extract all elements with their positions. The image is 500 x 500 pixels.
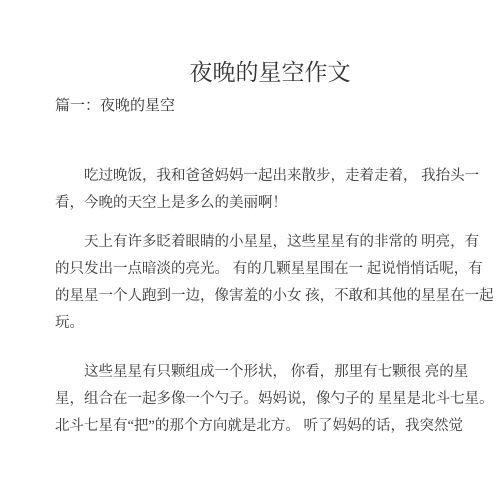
text-line: 玩。 bbox=[55, 310, 488, 337]
paragraph-1: 吃过晚饭，我和爸爸妈妈一起出来散步，走着走着， 我抬头一 看，今晚的天空上是多么… bbox=[55, 163, 488, 217]
text-line: 看，今晚的天空上是多么的美丽啊！ bbox=[55, 190, 488, 217]
paragraph-2: 天上有许多眨着眼睛的小星星，这些星星有的非常的 明亮，有 的只发出一点暗淡的亮光… bbox=[55, 229, 488, 337]
text-line: 吃过晚饭，我和爸爸妈妈一起出来散步，走着走着， 我抬头一 bbox=[55, 163, 488, 190]
section-heading: 篇一：夜晚的星空 bbox=[55, 93, 175, 120]
text-line: 星，组合在一起多像一个勺子。妈妈说，像勺子的 星星是北斗七星。 bbox=[55, 386, 488, 413]
document-page: 夜晚的星空作文 篇一：夜晚的星空 吃过晚饭，我和爸爸妈妈一起出来散步，走着走着，… bbox=[0, 0, 500, 500]
text-line: 天上有许多眨着眼睛的小星星，这些星星有的非常的 明亮，有 bbox=[55, 229, 488, 256]
text-line: 的只发出一点暗淡的亮光。 有的几颗星星围在一 起说悄悄话呢，有 bbox=[55, 256, 488, 283]
text-line: 北斗七星有“把”的那个方向就是北方。 听了妈妈的话，我突然觉 bbox=[55, 413, 488, 440]
text-line: 的星星一个人跑到一边，像害羞的小女 孩，不敢和其他的星星在一起 bbox=[55, 283, 488, 310]
paragraph-3: 这些星星有只颗组成一个形状， 你看，那里有七颗很 亮的星 星，组合在一起多像一个… bbox=[55, 359, 488, 440]
text-line: 这些星星有只颗组成一个形状， 你看，那里有七颗很 亮的星 bbox=[55, 359, 488, 386]
page-title: 夜晚的星空作文 bbox=[55, 59, 485, 87]
